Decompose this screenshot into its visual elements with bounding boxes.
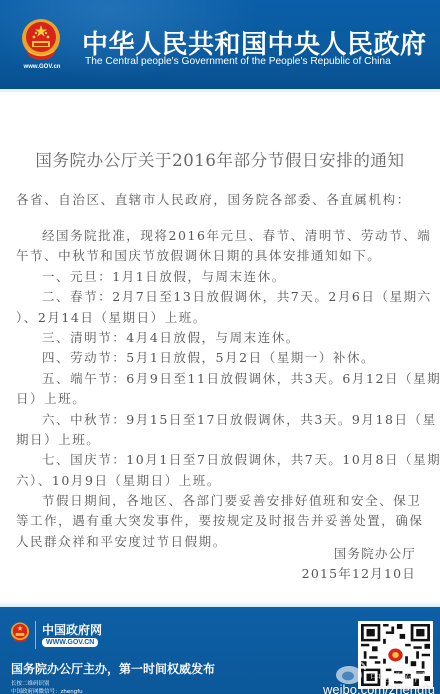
- body-line: 期日）上班。: [16, 430, 426, 450]
- body-line: 经国务院批准，现将2016年元旦、春节、清明节、劳动节、端: [16, 226, 426, 246]
- issue-date: 2015年12月10日: [302, 564, 416, 584]
- site-url: www.GOV.cn: [18, 64, 66, 70]
- qr-instruction: 长按二维码识别: [11, 679, 50, 687]
- body-line: 午节、中秋节和国庆节放假调休日期的具体安排通知如下。: [16, 246, 426, 266]
- document-title: 国务院办公厅关于2016年部分节假日安排的通知: [0, 147, 440, 171]
- notice-document: 国务院办公厅关于2016年部分节假日安排的通知 各省、自治区、直辖市人民政府，国…: [0, 92, 440, 606]
- closing-paragraph: 节假日期间，各地区、各部门要妥善安排好值班和安全、保卫: [16, 491, 426, 511]
- footer-logo-divider: [35, 621, 36, 649]
- wechat-account: 中国政府网微信号：zhengfu: [11, 687, 83, 694]
- site-title-en: The Central people's Government of the P…: [85, 56, 391, 67]
- body-line: 日）上班。: [16, 389, 426, 409]
- national-emblem-icon: [10, 622, 30, 643]
- addressee: 各省、自治区、直辖市人民政府，国务院各部委、各直属机构：: [16, 190, 411, 208]
- body-line: 六）、10月9日（星期日）上班。: [16, 471, 426, 491]
- holiday-labor-day: 四、劳动节：5月1日放假，5月2日（星期一）补休。: [16, 348, 426, 368]
- footer-banner: 中国政府网 WWW.GOV.CN 国务院办公厅主办，第一时间权威发布 长按二维码…: [0, 607, 440, 694]
- footer-brand-url: WWW.GOV.CN: [42, 638, 98, 647]
- national-emblem-icon: [20, 18, 62, 62]
- holiday-qingming: 三、清明节：4月4日放假，与周末连休。: [16, 328, 426, 348]
- holiday-dragon-boat: 五、端午节：6月9日至11日放假调休，共3天。6月12日（星期: [16, 369, 426, 389]
- holiday-new-year: 一、元旦：1月1日放假，与周末连休。: [16, 267, 426, 287]
- issuer: 国务院办公厅: [302, 544, 416, 564]
- weibo-watermark: weibo.com/zhengfu: [323, 682, 435, 694]
- holiday-national-day: 七、国庆节：10月1日至7日放假调休，共7天。10月8日（星期: [16, 450, 426, 470]
- body-line: ）、2月14日（星期日）上班。: [16, 308, 426, 328]
- document-body: 经国务院批准，现将2016年元旦、春节、清明节、劳动节、端 午节、中秋节和国庆节…: [16, 226, 426, 552]
- signature-block: 国务院办公厅 2015年12月10日: [302, 544, 416, 584]
- holiday-mid-autumn: 六、中秋节：9月15日至17日放假调休，共3天。9月18日（星: [16, 410, 426, 430]
- holiday-spring-festival: 二、春节：2月7日至13日放假调休，共7天。2月6日（星期六: [16, 287, 426, 307]
- footer-slogan: 国务院办公厅主办，第一时间权威发布: [11, 660, 215, 677]
- body-line: 等工作，遇有重大突发事件，要按规定及时报告并妥善处置，确保: [16, 511, 426, 531]
- header-banner: www.GOV.cn 中华人民共和国中央人民政府 The Central peo…: [0, 0, 440, 89]
- footer-brand: 中国政府网: [42, 621, 102, 638]
